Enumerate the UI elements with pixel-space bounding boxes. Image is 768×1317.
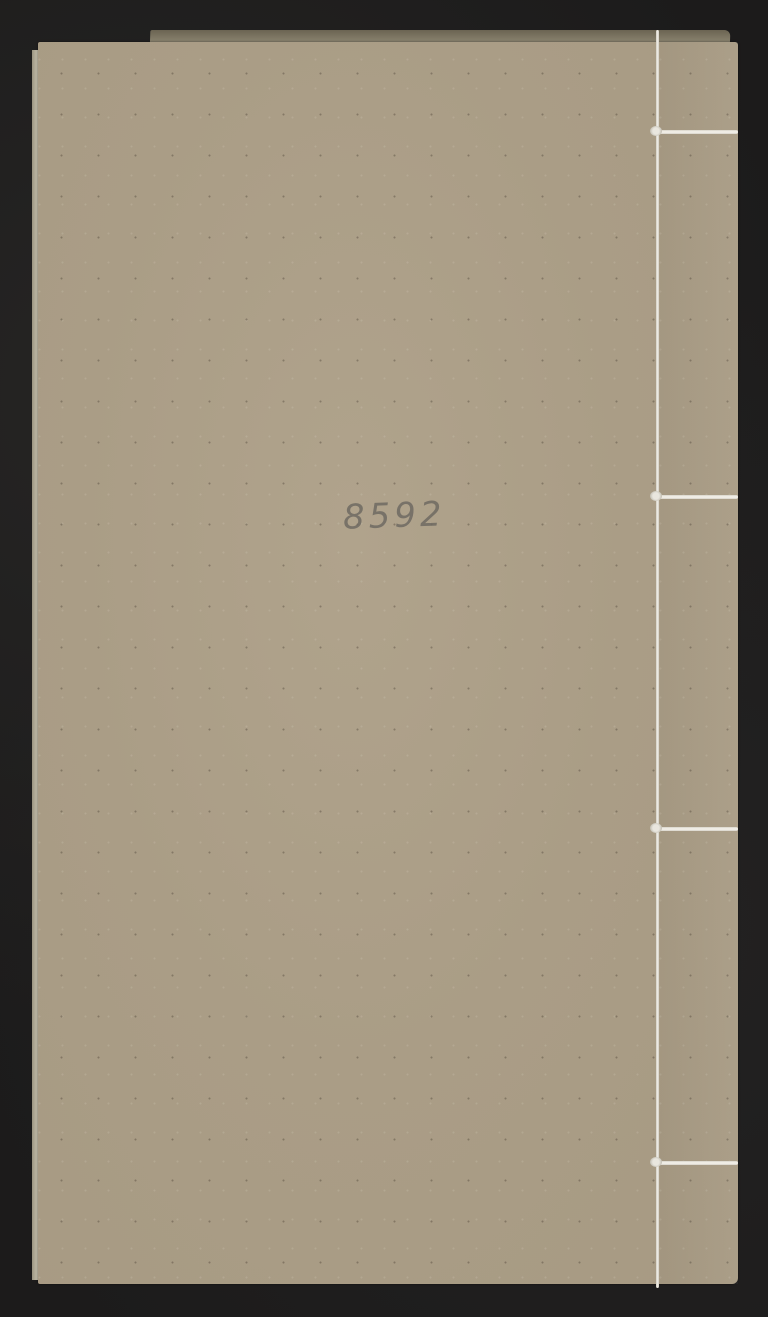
handwritten-catalog-number: 8592 <box>342 494 446 538</box>
binding-thread-horizontal-4 <box>656 1161 738 1165</box>
thread-knot-1 <box>650 126 662 136</box>
thread-knot-4 <box>650 1157 662 1167</box>
binding-thread-vertical <box>656 30 659 1288</box>
binding-thread-horizontal-2 <box>656 495 738 499</box>
binding-spine-strip <box>660 42 738 1284</box>
binding-thread-horizontal-3 <box>656 827 738 831</box>
thread-knot-2 <box>650 491 662 501</box>
thread-knot-3 <box>650 823 662 833</box>
book-cover <box>38 42 738 1284</box>
binding-thread-horizontal-1 <box>656 130 738 134</box>
